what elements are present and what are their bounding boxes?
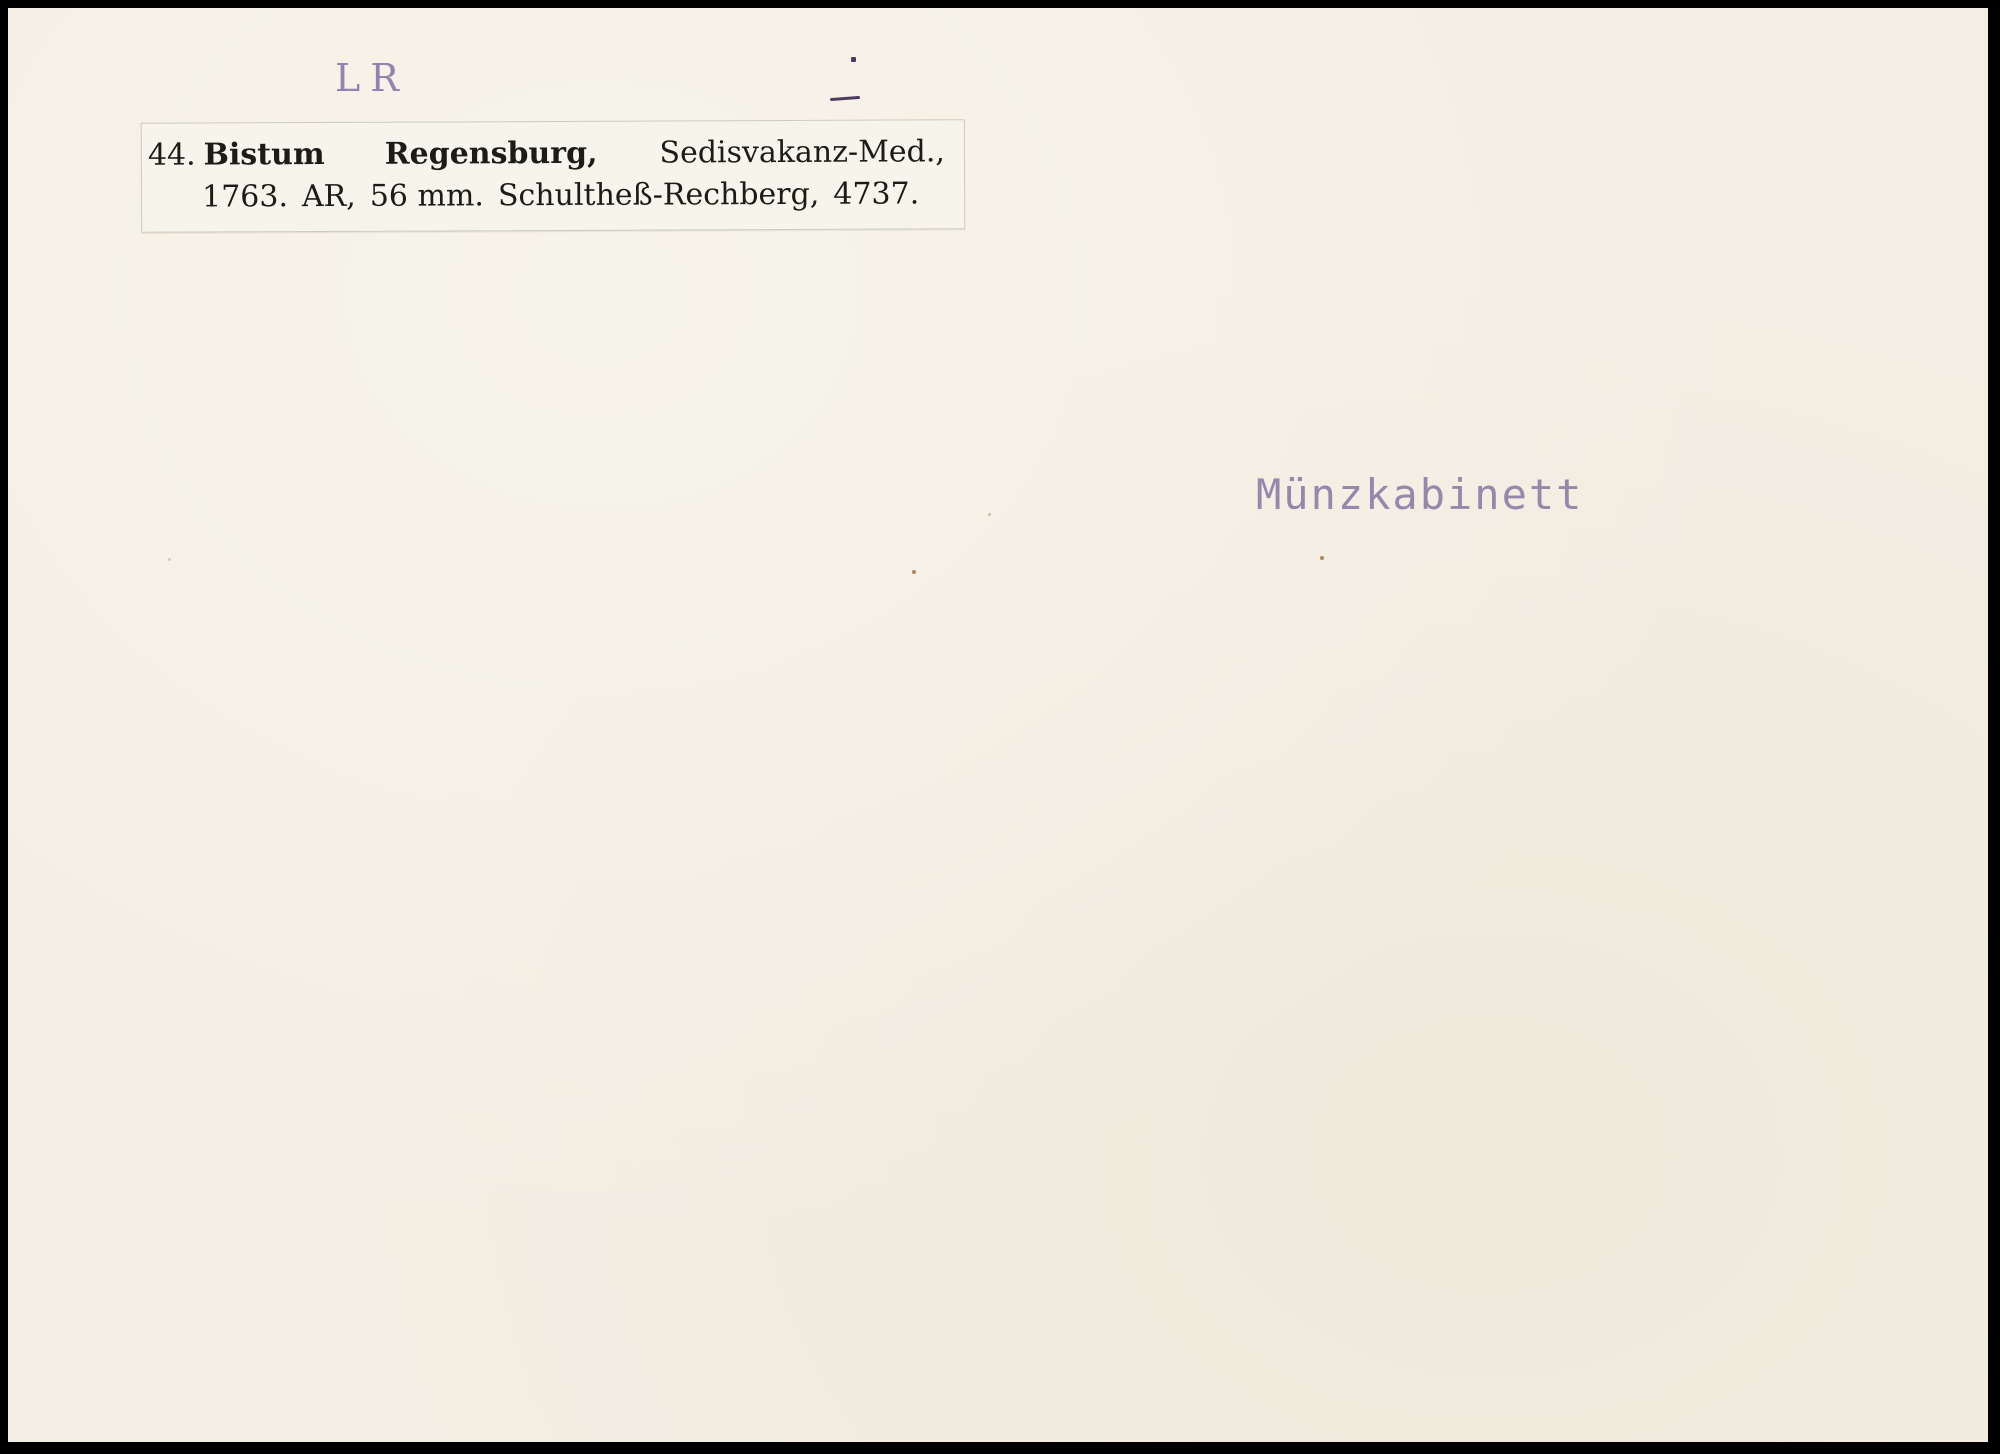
metal: AR,: [302, 179, 356, 214]
paper-speck: [988, 513, 991, 516]
pencil-dash-mark: [830, 96, 860, 101]
index-card: LR 44.BistumRegensburg,Sedisvakanz-Med.,…: [8, 8, 1988, 1442]
paper-speck: [1320, 556, 1324, 560]
reference-number: 4737.: [833, 176, 919, 211]
year: 1763.: [202, 179, 288, 214]
diameter: 56 mm.: [370, 178, 484, 213]
label-line-2: 1763.AR,56 mm.Schultheß-Rechberg,4737.: [202, 176, 919, 214]
title-sedisvakanz: Sedisvakanz-Med.,: [659, 134, 945, 170]
muenzkabinett-stamp: Münzkabinett: [1256, 470, 1583, 519]
pencil-mark: [851, 57, 856, 62]
reference-catalog: Schultheß-Rechberg,: [498, 177, 820, 213]
title-regensburg: Regensburg,: [385, 136, 598, 172]
catalog-label-slip: 44.BistumRegensburg,Sedisvakanz-Med., 17…: [141, 119, 965, 233]
paper-speck: [912, 570, 916, 574]
initials-stamp: LR: [335, 56, 409, 100]
title-bistum: Bistum: [204, 137, 325, 173]
paper-speck: [168, 558, 171, 561]
lot-number: 44.: [148, 138, 196, 173]
label-line-1: 44.BistumRegensburg,Sedisvakanz-Med.,: [148, 134, 945, 172]
